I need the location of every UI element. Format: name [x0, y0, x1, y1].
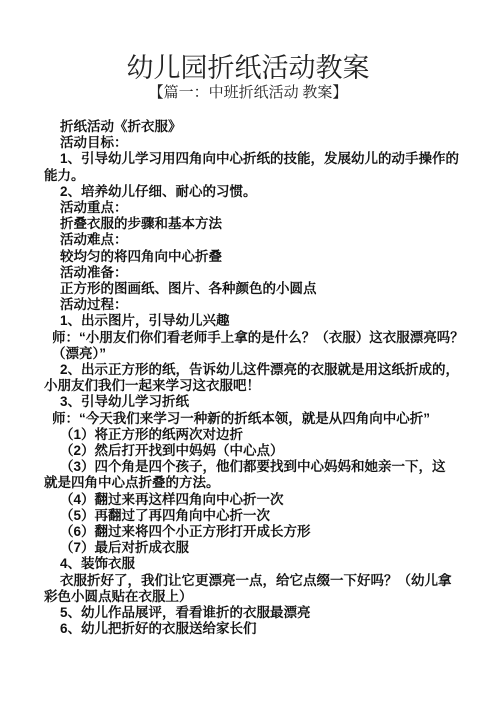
text-line: 4、装饰衣服	[44, 556, 462, 572]
text-line: （1）将正方形的纸两次对边折	[44, 427, 462, 443]
text-line: 能力。	[44, 168, 462, 184]
text-line: 就是四角中心点折叠的方法。	[44, 475, 462, 491]
page-title: 幼儿园折纸活动教案	[0, 0, 496, 83]
document-page: 幼儿园折纸活动教案 【篇一：中班折纸活动 教案】 折纸活动《折衣服》活动目标：1…	[0, 0, 496, 702]
text-line: 2、培养幼儿仔细、耐心的习惯。	[44, 184, 462, 200]
section-subtitle: 【篇一：中班折纸活动 教案】	[0, 84, 496, 103]
text-line: 正方形的图画纸、图片、各种颜色的小圆点	[44, 281, 462, 297]
text-line: 折纸活动《折衣服》	[44, 119, 462, 135]
text-line: 活动难点：	[44, 232, 462, 248]
text-line: （漂亮）”	[44, 346, 462, 362]
text-line: （6）翻过来将四个小正方形打开成长方形	[44, 524, 462, 540]
text-line: 衣服折好了，我们让它更漂亮一点，给它点缀一下好吗？（幼儿拿	[44, 573, 462, 589]
text-line: 活动过程：	[44, 297, 462, 313]
text-line: 活动目标：	[44, 135, 462, 151]
text-line: 折叠衣服的步骤和基本方法	[44, 216, 462, 232]
text-line: 6、幼儿把折好的衣服送给家长们	[44, 621, 462, 637]
text-line: 5、幼儿作品展评，看看谁折的衣服最漂亮	[44, 605, 462, 621]
text-line: 师：“小朋友们你们看老师手上拿的是什么？（衣服）这衣服漂亮吗？	[44, 330, 462, 346]
text-line: 小朋友们我们一起来学习这衣服吧！	[44, 378, 462, 394]
text-line: 较均匀的将四角向中心折叠	[44, 249, 462, 265]
text-line: 2、出示正方形的纸，告诉幼儿这件漂亮的衣服就是用这纸折成的，	[44, 362, 462, 378]
text-line: （7）最后对折成衣服	[44, 540, 462, 556]
text-line: （3）四个角是四个孩子，他们都要找到中心妈妈和她亲一下，这	[44, 459, 462, 475]
text-line: 活动重点：	[44, 200, 462, 216]
text-line: 师：“今天我们来学习一种新的折纸本领，就是从四角向中心折”	[44, 411, 462, 427]
text-line: （2）然后打开找到中妈妈（中心点）	[44, 443, 462, 459]
text-line: 活动准备：	[44, 265, 462, 281]
text-line: 3、引导幼儿学习折纸	[44, 394, 462, 410]
text-line: （4）翻过来再这样四角向中心折一次	[44, 492, 462, 508]
text-line: （5）再翻过了再四角向中心折一次	[44, 508, 462, 524]
text-line: 彩色小圆点贴在衣服上）	[44, 589, 462, 605]
text-line: 1、出示图片，引导幼儿兴趣	[44, 313, 462, 329]
text-line: 1、引导幼儿学习用四角向中心折纸的技能，发展幼儿的动手操作的	[44, 151, 462, 167]
document-body: 折纸活动《折衣服》活动目标：1、引导幼儿学习用四角向中心折纸的技能，发展幼儿的动…	[44, 119, 462, 638]
